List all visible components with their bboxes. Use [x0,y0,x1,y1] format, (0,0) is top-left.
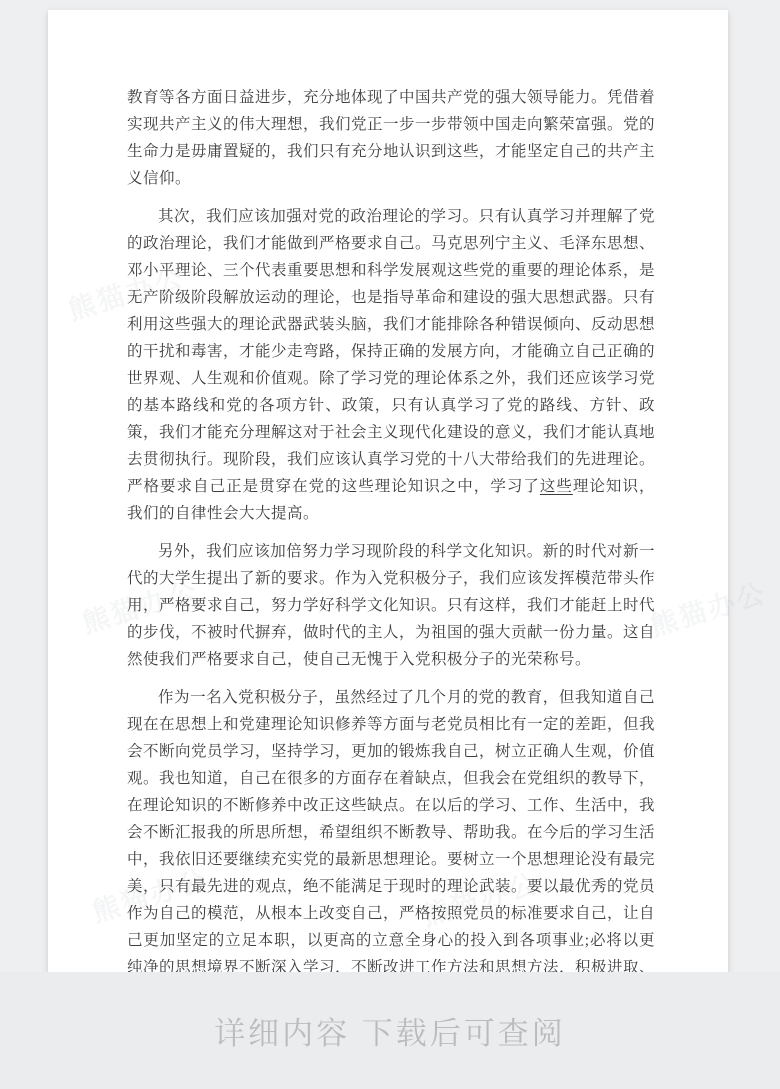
paragraph-continuation: 教育等各方面日益进步，充分地体现了中国共产党的强大领导能力。凭借着实现共产主义的… [127,84,655,192]
document-page: 熊猫办公 熊猫办公 熊猫办公 熊猫办公 熊猫办公 教育等各方面日益进步，充分地体… [48,10,728,972]
underlined-text: 这些 [540,478,573,495]
paragraph-text: 其次，我们应该加强对党的政治理论的学习。只有认真学习并理解了党的政治理论，我们才… [127,208,655,495]
document-preview: 熊猫办公 熊猫办公 熊猫办公 熊猫办公 熊猫办公 教育等各方面日益进步，充分地体… [0,0,780,1089]
download-hint-caption: 详细内容 下载后可查阅 [214,1008,566,1053]
paragraph-science-culture: 另外，我们应该加倍努力学习现阶段的科学文化知识。新的时代对新一代的大学生提出了新… [127,538,655,673]
watermark-text: 熊猫办公 [645,571,771,643]
paragraph-political-theory: 其次，我们应该加强对党的政治理论的学习。只有认真学习并理解了党的政治理论，我们才… [127,203,655,527]
document-content: 教育等各方面日益进步，充分地体现了中国共产党的强大领导能力。凭借着实现共产主义的… [127,84,655,1046]
download-hint-bar: 详细内容 下载后可查阅 [0,972,780,1089]
